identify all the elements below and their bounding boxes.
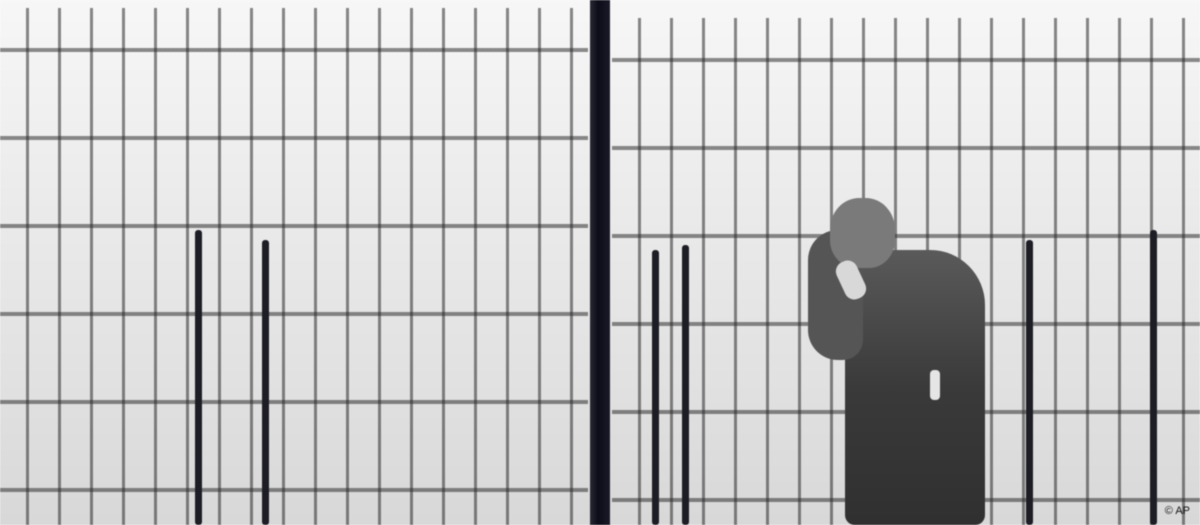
held-object xyxy=(930,370,940,400)
fence-post xyxy=(590,0,610,525)
news-photo: © AP xyxy=(0,0,1200,525)
photo-credit: © AP xyxy=(1165,505,1190,517)
fence-rod xyxy=(1026,240,1033,525)
fence-mesh-left xyxy=(0,8,588,525)
fence-rod xyxy=(682,245,689,525)
fence-rod xyxy=(652,250,659,525)
fence-rod xyxy=(195,230,202,525)
fence-rod xyxy=(262,240,269,525)
fence-rod xyxy=(1150,230,1157,525)
person-silhouette xyxy=(800,190,990,525)
person-head xyxy=(830,198,895,268)
